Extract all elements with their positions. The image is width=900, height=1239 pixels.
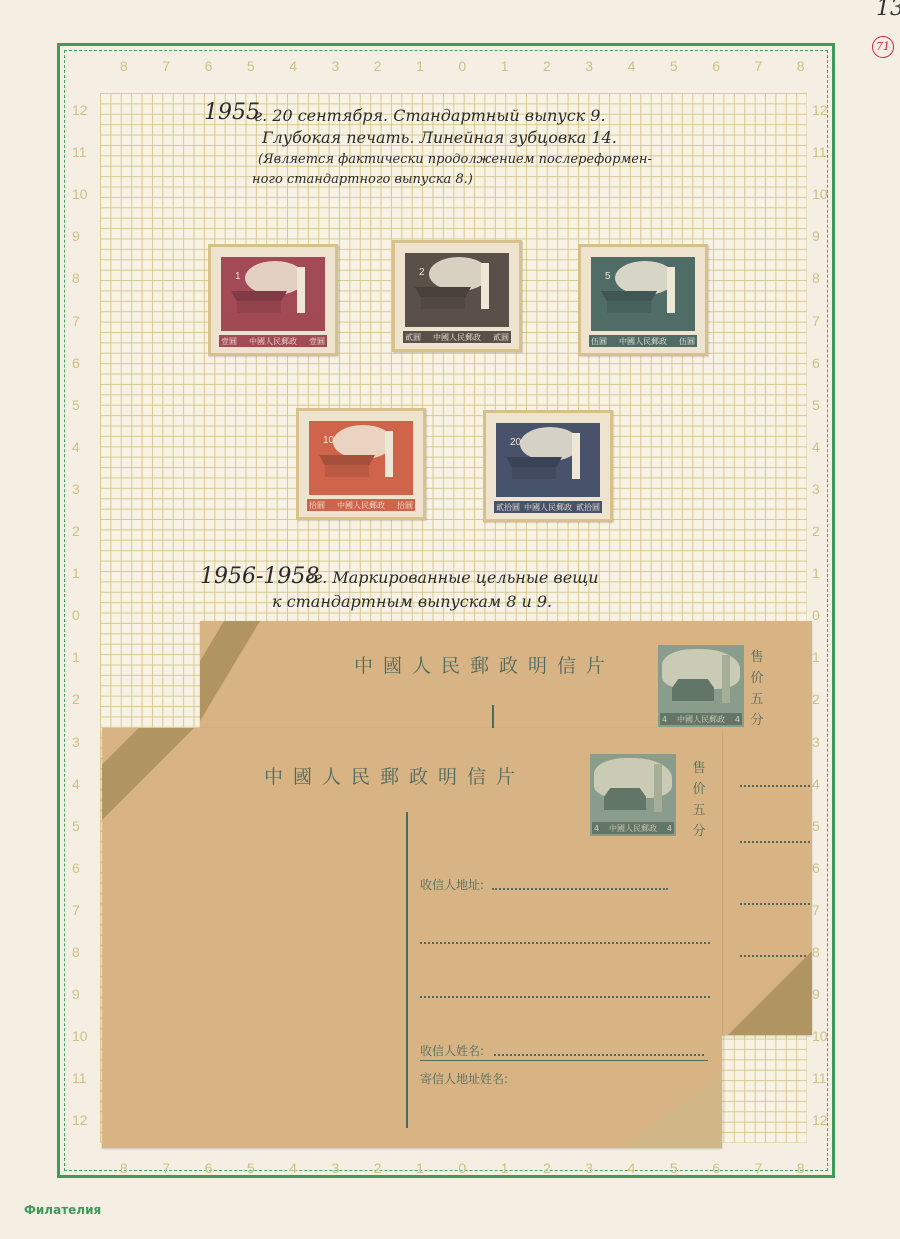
ruler-top-label: 1 — [501, 58, 509, 74]
ruler-bottom-label: 7 — [755, 1160, 763, 1176]
photo-corner-bottom-right — [622, 1074, 722, 1148]
ruler-bottom-label: 7 — [162, 1160, 170, 1176]
ruler-right-label: 11 — [812, 144, 827, 160]
ruler-left-label: 4 — [72, 439, 80, 455]
photo-corner-top-left — [102, 728, 194, 820]
stamp-banner-left: 壹圓 — [219, 336, 239, 347]
stamp-banner-left: 貳拾圓 — [494, 502, 522, 513]
ruler-top-label: 0 — [458, 58, 466, 74]
footer-brand: Филателия — [24, 1203, 101, 1217]
ruler-left-label: 11 — [72, 1070, 87, 1086]
ruler-bottom-label: 5 — [247, 1160, 255, 1176]
ruler-bottom-label: 1 — [416, 1160, 424, 1176]
ruler-top-label: 2 — [374, 58, 382, 74]
ruler-left-label: 6 — [72, 355, 80, 371]
stamp-denomination: 5 — [605, 271, 611, 282]
ruler-right-label: 12 — [812, 1112, 828, 1128]
stamp-banner-left: 拾圓 — [307, 500, 327, 511]
ruler-top-label: 1 — [416, 58, 424, 74]
stamp-mount: 2貳圓中國人民郵政貳圓 — [392, 240, 522, 352]
ruler-left-label: 3 — [72, 481, 80, 497]
ruler-left-label: 12 — [72, 1112, 88, 1128]
ruler-left-label: 7 — [72, 313, 80, 329]
stamp-tiananmen: 10拾圓中國人民郵政拾圓 — [299, 411, 423, 517]
ruler-right-label: 9 — [812, 228, 820, 244]
ruler-bottom-label: 3 — [585, 1160, 593, 1176]
stamp-banner-center: 中國人民郵政 — [617, 336, 669, 347]
stamp-banner-center: 中國人民郵政 — [247, 336, 299, 347]
recipient-name-underline — [420, 1060, 708, 1061]
stamp-mount: 20貳拾圓中國人民郵政貳拾圓 — [483, 410, 613, 522]
section2-line2: к стандартным выпускам 8 и 9. — [272, 592, 552, 611]
ruler-bottom-label: 4 — [628, 1160, 636, 1176]
ruler-right-label: 6 — [812, 860, 820, 876]
recipient-name-label: 收信人姓名: — [420, 1042, 484, 1059]
ruler-left-label: 12 — [72, 102, 88, 118]
ruler-bottom-label: 2 — [374, 1160, 382, 1176]
ruler-right-label: 1 — [812, 565, 820, 581]
stamp-banner-center: 中國人民郵政 — [522, 502, 574, 513]
ruler-right-label: 2 — [812, 691, 820, 707]
ruler-right-label: 8 — [812, 270, 820, 286]
ruler-right-label: 10 — [812, 1028, 828, 1044]
stamp-banner-right: 壹圓 — [307, 336, 327, 347]
ruler-left-label: 3 — [72, 734, 80, 750]
postcard-back-title: 中國人民郵政明信片 — [354, 651, 615, 678]
sender-label: 寄信人地址姓名: — [420, 1070, 508, 1087]
postcard-front: 中國人民郵政明信片 4中國人民郵政4 售价五分 收信人地址: 收信人姓名: 寄信… — [102, 728, 722, 1148]
ruler-right-label: 7 — [812, 313, 820, 329]
ruler-top-label: 3 — [332, 58, 340, 74]
stamp-mount: 1壹圓中國人民郵政壹圓 — [208, 244, 338, 356]
ruler-right-label: 7 — [812, 902, 820, 918]
ruler-top-label: 7 — [162, 58, 170, 74]
section1-line2: Глубокая печать. Линейная зубцовка 14. — [262, 128, 617, 147]
stamp-denomination: 2 — [419, 267, 425, 278]
ruler-right-label: 9 — [812, 986, 820, 1002]
stamp-banner-right: 貳拾圓 — [574, 502, 602, 513]
ruler-right-label: 3 — [812, 734, 820, 750]
postcard-front-price: 售价五分 — [692, 758, 706, 842]
address-line-2 — [420, 942, 710, 944]
ruler-left-label: 10 — [72, 1028, 88, 1044]
ruler-left-label: 7 — [72, 902, 80, 918]
ruler-bottom-label: 5 — [670, 1160, 678, 1176]
ruler-right-label: 12 — [812, 102, 828, 118]
ruler-left-label: 9 — [72, 986, 80, 1002]
section2-line1: гг. Маркированные цельные вещи — [306, 568, 599, 587]
ruler-left-label: 4 — [72, 776, 80, 792]
stamp-design: 5 — [591, 257, 695, 331]
postcard-front-divider — [406, 812, 408, 1128]
ruler-top-label: 8 — [120, 58, 128, 74]
stamp-denomination: 10 — [323, 435, 334, 446]
ruler-bottom-label: 1 — [501, 1160, 509, 1176]
ruler-left-label: 11 — [72, 144, 87, 160]
recipient-address-line — [492, 888, 668, 890]
ruler-bottom-label: 6 — [205, 1160, 213, 1176]
ruler-left-label: 0 — [72, 607, 80, 623]
ruler-right-label: 11 — [812, 1070, 827, 1086]
stamp-banner-left: 貳圓 — [403, 332, 423, 343]
stamp-design: 2 — [405, 253, 509, 327]
postcard-back-price: 售价五分 — [750, 647, 764, 731]
stamp-tiananmen: 2貳圓中國人民郵政貳圓 — [395, 243, 519, 349]
recipient-address-label: 收信人地址: — [420, 876, 484, 893]
ruler-right-label: 2 — [812, 523, 820, 539]
ruler-top-label: 6 — [712, 58, 720, 74]
ruler-top-label: 5 — [247, 58, 255, 74]
stamp-design: 1 — [221, 257, 325, 331]
ruler-top-label: 3 — [585, 58, 593, 74]
ruler-bottom-label: 0 — [458, 1160, 466, 1176]
ruler-left-label: 1 — [72, 565, 80, 581]
postcard-back-dotline — [740, 955, 810, 957]
sheet-mark: 71 — [872, 36, 894, 58]
ruler-right-label: 5 — [812, 818, 820, 834]
postcard-back-dotline — [740, 785, 810, 787]
stamp-mount: 5伍圓中國人民郵政伍圓 — [578, 244, 708, 356]
ruler-bottom-label: 8 — [797, 1160, 805, 1176]
ruler-top-label: 4 — [289, 58, 297, 74]
ruler-top-label: 6 — [205, 58, 213, 74]
postcard-front-title: 中國人民郵政明信片 — [264, 762, 525, 789]
stamp-tiananmen: 5伍圓中國人民郵政伍圓 — [581, 247, 705, 353]
ruler-top-label: 4 — [628, 58, 636, 74]
ruler-left-label: 9 — [72, 228, 80, 244]
ruler-bottom-label: 8 — [120, 1160, 128, 1176]
ruler-bottom-label: 6 — [712, 1160, 720, 1176]
stamp-denomination: 1 — [235, 271, 241, 282]
ruler-top-label: 2 — [543, 58, 551, 74]
ruler-top-label: 5 — [670, 58, 678, 74]
stamp-mount: 10拾圓中國人民郵政拾圓 — [296, 408, 426, 520]
postcard-back-dotline — [740, 903, 810, 905]
ruler-left-label: 8 — [72, 270, 80, 286]
ruler-top-label: 7 — [755, 58, 763, 74]
ruler-left-label: 8 — [72, 944, 80, 960]
photo-corner-top-left — [200, 621, 260, 721]
stamp-banner-center: 中國人民郵政 — [431, 332, 483, 343]
photo-corner-bottom-right — [728, 951, 812, 1035]
ruler-right-label: 10 — [812, 186, 828, 202]
stamp-banner-right: 伍圓 — [677, 336, 697, 347]
stamp-banner-right: 拾圓 — [395, 500, 415, 511]
postcard-back-dotline — [740, 841, 810, 843]
ruler-left-label: 6 — [72, 860, 80, 876]
section1-line4: ного стандартного выпуска 8.) — [252, 172, 473, 187]
ruler-left-label: 5 — [72, 818, 80, 834]
ruler-right-label: 5 — [812, 397, 820, 413]
page-number: 13 — [876, 0, 900, 21]
stamp-banner-center: 中國人民郵政 — [335, 500, 387, 511]
ruler-left-label: 2 — [72, 523, 80, 539]
ruler-right-label: 0 — [812, 607, 820, 623]
stamp-design: 10 — [309, 421, 413, 495]
section1-line1: г. 20 сентября. Стандартный выпуск 9. — [254, 106, 606, 125]
ruler-right-label: 4 — [812, 439, 820, 455]
ruler-bottom-label: 2 — [543, 1160, 551, 1176]
ruler-left-label: 10 — [72, 186, 88, 202]
ruler-left-label: 2 — [72, 691, 80, 707]
stamp-design: 20 — [496, 423, 600, 497]
stamp-banner-left: 伍圓 — [589, 336, 609, 347]
ruler-right-label: 4 — [812, 776, 820, 792]
ruler-bottom-label: 3 — [332, 1160, 340, 1176]
postcard-front-imprint: 4中國人民郵政4 — [590, 754, 676, 836]
section2-year: 1956-1958 — [200, 564, 319, 589]
section1-line3: (Является фактически продолжением послер… — [258, 152, 652, 167]
stamp-tiananmen: 1壹圓中國人民郵政壹圓 — [211, 247, 335, 353]
ruler-right-label: 6 — [812, 355, 820, 371]
ruler-bottom-label: 4 — [289, 1160, 297, 1176]
ruler-right-label: 1 — [812, 649, 820, 665]
address-line-3 — [420, 996, 710, 998]
section1-year: 1955 — [204, 100, 260, 125]
postcard-back-imprint: 4中國人民郵政4 — [658, 645, 744, 727]
ruler-right-label: 8 — [812, 944, 820, 960]
ruler-left-label: 5 — [72, 397, 80, 413]
ruler-right-label: 3 — [812, 481, 820, 497]
stamp-banner-right: 貳圓 — [491, 332, 511, 343]
ruler-top-label: 8 — [797, 58, 805, 74]
recipient-name-line — [494, 1054, 704, 1056]
stamp-tiananmen: 20貳拾圓中國人民郵政貳拾圓 — [486, 413, 610, 519]
stamp-denomination: 20 — [510, 437, 521, 448]
ruler-left-label: 1 — [72, 649, 80, 665]
